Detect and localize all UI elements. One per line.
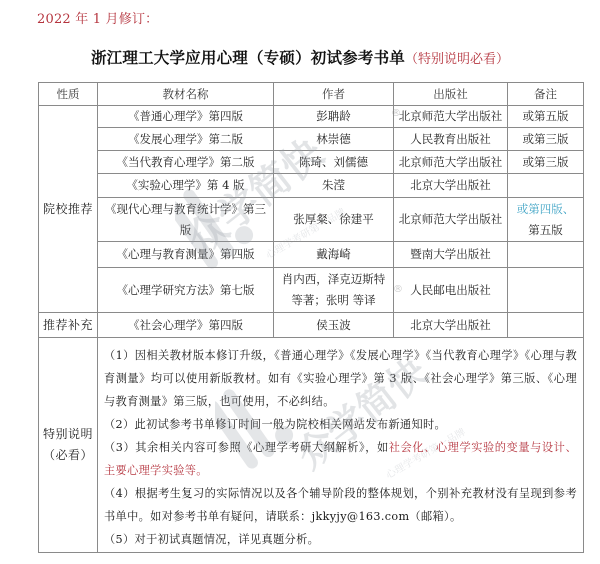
- col-header-publisher: 出版社: [394, 83, 508, 106]
- revision-date: 2022 年 1 月修订：: [37, 8, 158, 27]
- category-special-notes: 特别说明 （必看）: [39, 338, 98, 553]
- book-publisher: 北京师范大学出版社: [394, 106, 508, 128]
- book-publisher: 北京大学出版社: [394, 313, 508, 338]
- table-row: 《发展心理学》第二版 林崇德 人民教育出版社 或第三版: [39, 128, 584, 151]
- category-school-recommended: 院校推荐: [39, 106, 98, 313]
- note-item-1: （1）因相关教材版本修订升级，《普通心理学》《发展心理学》《当代教育心理学》《心…: [104, 344, 577, 413]
- note-item-4: （4）根据考生复习的实际情况以及各个辅导阶段的整体规划，个别补充教材没有呈现到参…: [104, 482, 577, 528]
- table-row: 《现代心理与教育统计学》第三版 张厚粲、徐建平 北京师范大学出版社 或第四版、 …: [39, 198, 584, 242]
- book-author-line1: 肖内西，泽克迈斯特: [276, 269, 391, 290]
- special-notes-label: 特别说明: [41, 424, 95, 445]
- book-author: 林崇德: [274, 128, 394, 151]
- note-item-2: （2）此初试参考书单修订时间一般为院校相关网站发布新通知时。: [104, 413, 577, 436]
- book-name: 《心理与教育测量》第四版: [98, 242, 274, 268]
- table-row: 院校推荐 《普通心理学》第四版 彭聃龄 北京师范大学出版社 或第五版: [39, 106, 584, 128]
- book-name: 《现代心理与教育统计学》第三版: [98, 198, 274, 242]
- table-row: 《当代教育心理学》第二版 陈琦、刘儒德 北京师范大学出版社 或第三版: [39, 151, 584, 174]
- book-name: 《心理学研究方法》第七版: [98, 268, 274, 313]
- book-name: 《当代教育心理学》第二版: [98, 151, 274, 174]
- table-row: 推荐补充 《社会心理学》第四版 侯玉波 北京大学出版社: [39, 313, 584, 338]
- book-note: 或第三版: [508, 128, 584, 151]
- book-note: [508, 242, 584, 268]
- book-author: 肖内西，泽克迈斯特 等著；张明 等译: [274, 268, 394, 313]
- col-header-type: 性质: [39, 83, 98, 106]
- book-publisher: 北京师范大学出版社: [394, 198, 508, 242]
- category-supplement: 推荐补充: [39, 313, 98, 338]
- col-header-note: 备注: [508, 83, 584, 106]
- special-notes-row: 特别说明 （必看） （1）因相关教材版本修订升级，《普通心理学》《发展心理学》《…: [39, 338, 584, 553]
- col-header-author: 作者: [274, 83, 394, 106]
- page-title: 浙江理工大学应用心理（专硕）初试参考书单（特别说明必看）: [0, 46, 600, 68]
- note-item-5: （5）对于初试真题情况，详见真题分析。: [104, 528, 577, 551]
- book-publisher: 北京大学出版社: [394, 174, 508, 198]
- book-author: 陈琦、刘儒德: [274, 151, 394, 174]
- book-name: 《发展心理学》第二版: [98, 128, 274, 151]
- table-row: 《心理学研究方法》第七版 肖内西，泽克迈斯特 等著；张明 等译 人民邮电出版社: [39, 268, 584, 313]
- book-note-line1: 或第四版、: [510, 199, 581, 220]
- book-publisher: 北京师范大学出版社: [394, 151, 508, 174]
- book-publisher: 暨南大学出版社: [394, 242, 508, 268]
- book-note-line2: 第五版: [510, 220, 581, 241]
- book-note: [508, 313, 584, 338]
- book-author: 张厚粲、徐建平: [274, 198, 394, 242]
- book-note: 或第三版: [508, 151, 584, 174]
- book-author-line2: 等著；张明 等译: [276, 290, 391, 311]
- book-note: 或第五版: [508, 106, 584, 128]
- table-header-row: 性质 教材名称 作者 出版社 备注: [39, 83, 584, 106]
- book-publisher: 人民教育出版社: [394, 128, 508, 151]
- note-item-3-text: （3）其余相关内容可参照《心理学考研大纲解析》，如: [104, 441, 389, 454]
- special-notes-content: （1）因相关教材版本修订升级，《普通心理学》《发展心理学》《当代教育心理学》《心…: [98, 338, 584, 553]
- reference-book-table: 性质 教材名称 作者 出版社 备注 院校推荐 《普通心理学》第四版 彭聃龄 北京…: [38, 82, 584, 553]
- table-row: 《实验心理学》第 4 版 朱滢 北京大学出版社: [39, 174, 584, 198]
- special-notes-sublabel: （必看）: [41, 445, 95, 466]
- book-author: 侯玉波: [274, 313, 394, 338]
- book-name: 《实验心理学》第 4 版: [98, 174, 274, 198]
- book-note: 或第四版、 第五版: [508, 198, 584, 242]
- table-row: 《心理与教育测量》第四版 戴海崎 暨南大学出版社: [39, 242, 584, 268]
- book-author: 彭聃龄: [274, 106, 394, 128]
- book-note: [508, 268, 584, 313]
- title-main: 浙江理工大学应用心理（专硕）初试参考书单: [91, 48, 405, 67]
- book-author: 戴海崎: [274, 242, 394, 268]
- book-author: 朱滢: [274, 174, 394, 198]
- book-name: 《普通心理学》第四版: [98, 106, 274, 128]
- note-item-3: （3）其余相关内容可参照《心理学考研大纲解析》，如社会化、心理学实验的变量与设计…: [104, 436, 577, 482]
- col-header-book: 教材名称: [98, 83, 274, 106]
- book-name: 《社会心理学》第四版: [98, 313, 274, 338]
- book-publisher: 人民邮电出版社: [394, 268, 508, 313]
- book-note: [508, 174, 584, 198]
- title-note: （特别说明必看）: [405, 52, 509, 67]
